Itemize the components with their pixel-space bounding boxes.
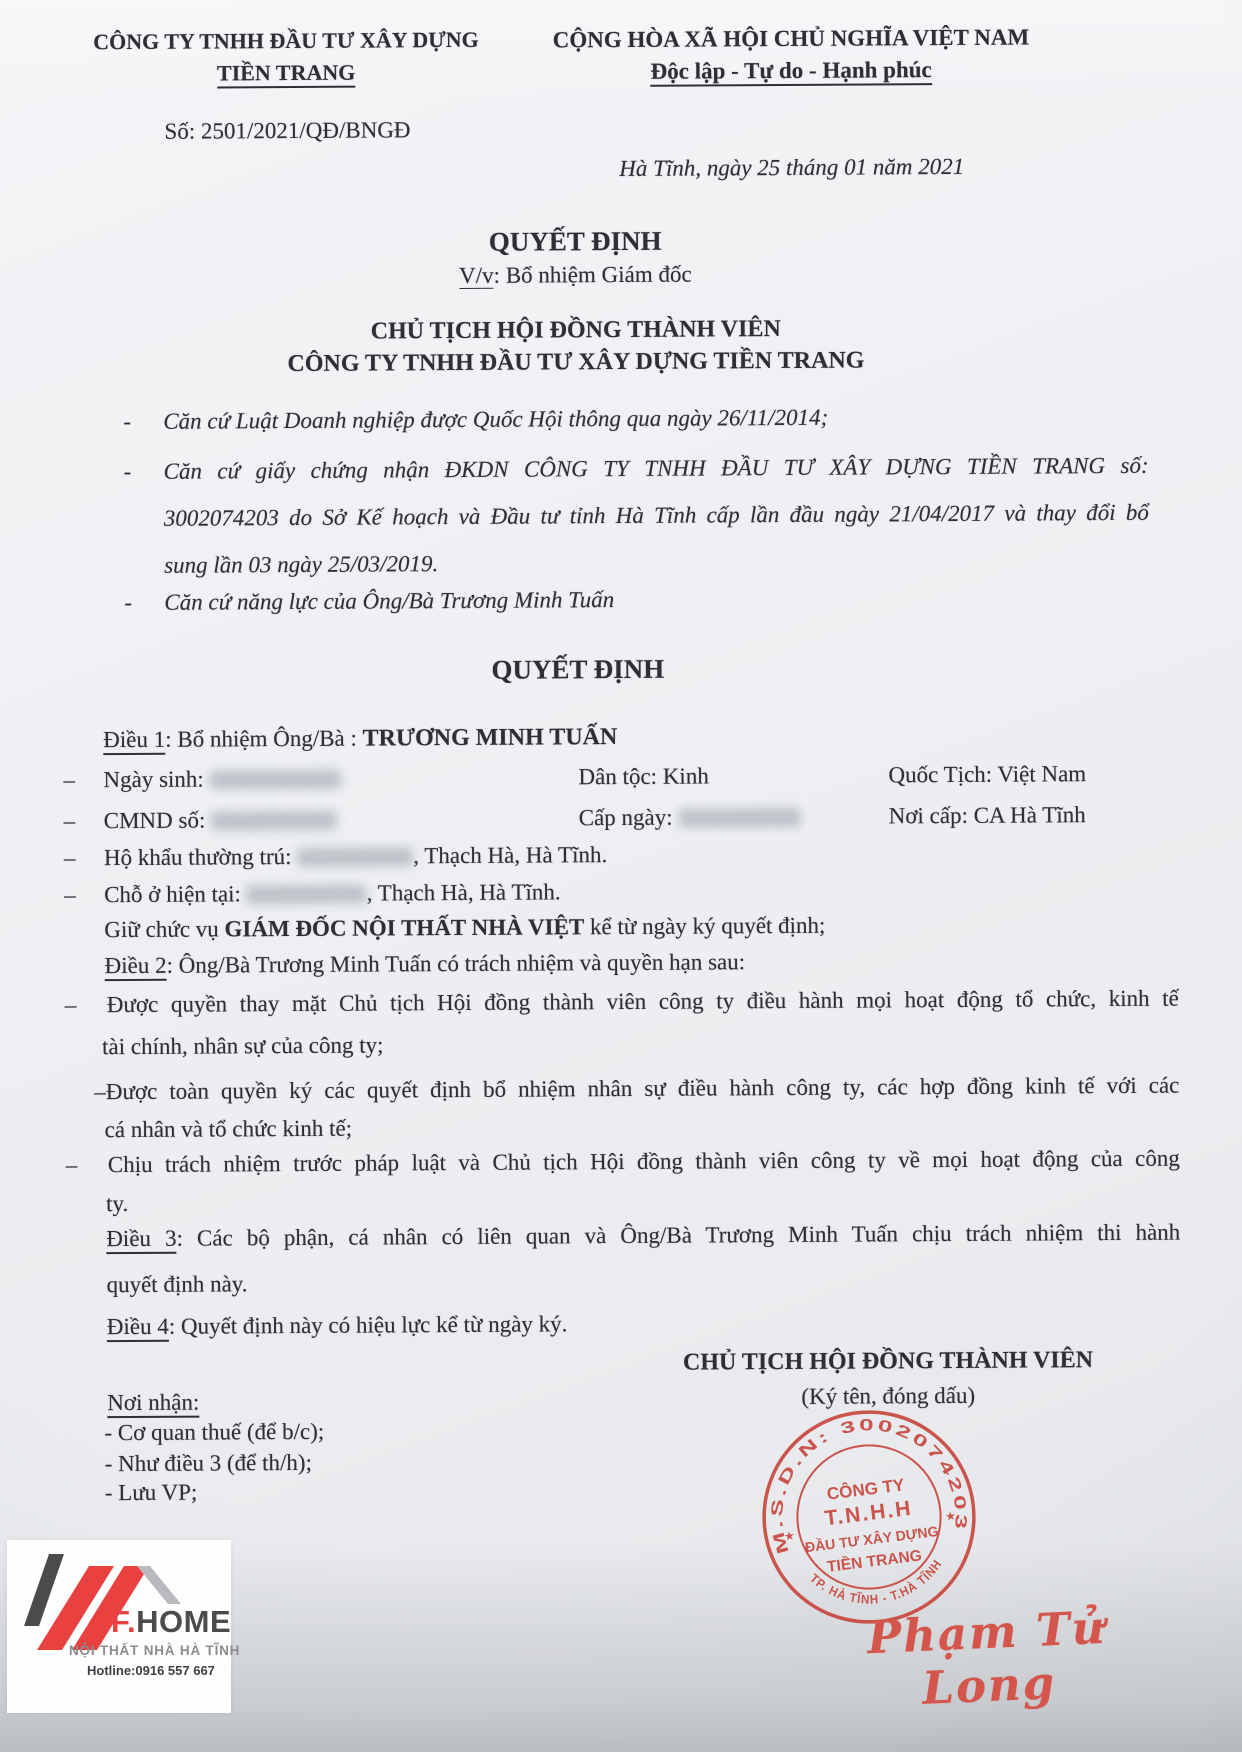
duty-1-line2: tài chính, nhân sự của công ty; bbox=[102, 1031, 384, 1060]
authority-title-line1: CHỦ TỊCH HỘI ĐỒNG THÀNH VIÊN bbox=[26, 313, 1126, 348]
list-dash: - bbox=[124, 458, 132, 485]
residence-label: Hộ khẩu thường trú: bbox=[104, 844, 292, 870]
recipients-heading-text: Nơi nhận: bbox=[107, 1390, 199, 1419]
issue-date-row: Cấp ngày: bbox=[579, 803, 801, 831]
issue-place-value: Nơi cấp: CA Hà Tĩnh bbox=[889, 801, 1086, 829]
residence-row: Hộ khẩu thường trú: , Thạch Hà, Hà Tĩnh. bbox=[104, 841, 607, 871]
issue-date-label: Cấp ngày: bbox=[579, 805, 673, 831]
position-line: Giữ chức vụ GIÁM ĐỐC NỘI THẤT NHÀ VIỆT k… bbox=[104, 912, 825, 944]
national-motto: Độc lập - Tự do - Hạnh phúc bbox=[651, 57, 932, 87]
company-header: CÔNG TY TNHH ĐẦU TƯ XÂY DỰNG TIỀN TRANG bbox=[56, 27, 516, 88]
row-dash: – bbox=[65, 991, 77, 1018]
national-title: CỘNG HÒA XÃ HỘI CHỦ NGHĨA VIỆT NAM bbox=[531, 23, 1051, 53]
article-2-text: : Ông/Bà Trương Minh Tuấn có trách nhiệm… bbox=[166, 949, 745, 978]
article-1-text: : Bổ nhiệm Ông/Bà : bbox=[165, 726, 363, 752]
list-dash: - bbox=[123, 408, 131, 435]
basis-item-1: Căn cứ Luật Doanh nghiệp được Quốc Hội t… bbox=[163, 404, 828, 435]
fhome-brand-text: F.HOME bbox=[111, 1604, 231, 1640]
decision-heading: QUYẾT ĐỊNH bbox=[28, 651, 1128, 690]
national-motto-header: CỘNG HÒA XÃ HỘI CHỦ NGHĨA VIỆT NAM Độc l… bbox=[531, 23, 1051, 85]
star-icon: ★ bbox=[783, 1528, 796, 1543]
star-icon: ★ bbox=[944, 1509, 957, 1524]
document-number: Số: 2501/2021/QĐ/BNGĐ bbox=[164, 116, 410, 145]
duty-3-line1: Chịu trách nhiệm trước pháp luật và Chủ … bbox=[108, 1145, 1180, 1179]
article-1-label: Điều 1 bbox=[103, 727, 165, 755]
recipient-item: - Cơ quan thuế (để b/c); bbox=[104, 1418, 324, 1446]
appointee-name: TRƯƠNG MINH TUẤN bbox=[363, 724, 618, 752]
redacted-dob-value bbox=[209, 770, 341, 790]
company-name-line1: CÔNG TY TNHH ĐẦU TƯ XÂY DỰNG bbox=[56, 27, 516, 56]
row-dash: – bbox=[64, 807, 76, 834]
signature-text: Phạm Tử Long bbox=[841, 1600, 1135, 1719]
document-title: QUYẾT ĐỊNH bbox=[25, 223, 1125, 262]
brand-f: F. bbox=[111, 1604, 136, 1639]
recipients-heading: Nơi nhận: bbox=[107, 1389, 199, 1417]
duty-3-line2: ty. bbox=[106, 1190, 128, 1217]
scanned-document-page: CÔNG TY TNHH ĐẦU TƯ XÂY DỰNG TIỀN TRANG … bbox=[0, 0, 1242, 1752]
article-4-line: Điều 4: Quyết định này có hiệu lực kể từ… bbox=[107, 1310, 568, 1340]
article-2-label: Điều 2 bbox=[105, 953, 167, 981]
article-4-text: : Quyết định này có hiệu lực kể từ ngày … bbox=[169, 1311, 568, 1338]
article-3-line2: quyết định này. bbox=[106, 1270, 247, 1298]
article-3-line1: Điều 3: Các bộ phận, cá nhân có liên qua… bbox=[106, 1219, 1180, 1253]
duty-2-line2: cá nhân và tổ chức kinh tế; bbox=[105, 1115, 353, 1144]
company-name-line2: TIỀN TRANG bbox=[217, 60, 356, 89]
dob-row: Ngày sinh: bbox=[103, 765, 341, 794]
row-dash: – bbox=[64, 881, 76, 908]
redacted-issue-date-value bbox=[678, 808, 800, 828]
position-prefix: Giữ chức vụ bbox=[104, 916, 224, 942]
dob-label: Ngày sinh: bbox=[103, 767, 203, 793]
duty-2-line1: –Được toàn quyền ký các quyết định bổ nh… bbox=[94, 1072, 1179, 1106]
fhome-tagline: NỘI THẤT NHÀ HÀ TĨNH bbox=[69, 1643, 240, 1658]
article-3-label: Điều 3 bbox=[106, 1226, 176, 1254]
recipient-item: - Như điều 3 (để th/h); bbox=[105, 1449, 312, 1477]
position-title: GIÁM ĐỐC NỘI THẤT NHÀ VIỆT bbox=[224, 914, 584, 941]
fhome-hotline: Hotline:0916 557 667 bbox=[87, 1663, 215, 1678]
brand-home: HOME bbox=[136, 1604, 231, 1639]
position-suffix: kể từ ngày ký quyết định; bbox=[584, 913, 825, 939]
article-3-text: : Các bộ phận, cá nhân có liên quan và Ô… bbox=[176, 1220, 1180, 1251]
fhome-logo: F.HOME NỘI THẤT NHÀ HÀ TĨNH Hotline:0916… bbox=[7, 1540, 231, 1713]
article-4-label: Điều 4 bbox=[107, 1314, 169, 1342]
address-rest: , Thạch Hà, Hà Tĩnh. bbox=[367, 879, 561, 905]
redacted-residence-value bbox=[297, 847, 413, 867]
address-row: Chỗ ở hiện tại: , Thạch Hà, Hà Tĩnh. bbox=[104, 878, 561, 908]
id-label: CMND số: bbox=[104, 808, 206, 834]
list-dash: - bbox=[124, 589, 132, 616]
nationality-value: Quốc Tịch: Việt Nam bbox=[888, 760, 1086, 788]
basis-item-3: Căn cứ năng lực của Ông/Bà Trương Minh T… bbox=[164, 586, 614, 616]
document-sheet: CÔNG TY TNHH ĐẦU TƯ XÂY DỰNG TIỀN TRANG … bbox=[0, 0, 1242, 1752]
article-1-line: Điều 1: Bổ nhiệm Ông/Bà : TRƯƠNG MINH TU… bbox=[103, 723, 617, 754]
basis-item-2-line1: Căn cứ giấy chứng nhận ĐKDN CÔNG TY TNHH… bbox=[164, 452, 1149, 485]
row-dash: – bbox=[66, 1151, 78, 1178]
row-dash: – bbox=[64, 844, 76, 871]
ethnic-value: Dân tộc: Kinh bbox=[578, 762, 708, 790]
subtitle-prefix: V/v bbox=[459, 263, 494, 289]
authority-title-line2: CÔNG TY TNHH ĐẦU TƯ XÂY DỰNG TIỀN TRANG bbox=[26, 345, 1126, 380]
id-row: CMND số: bbox=[104, 806, 338, 835]
address-label: Chỗ ở hiện tại: bbox=[104, 881, 241, 907]
date-line: Hà Tĩnh, ngày 25 tháng 01 năm 2021 bbox=[532, 152, 1052, 182]
redacted-address-value bbox=[247, 885, 367, 905]
subtitle-rest: : Bổ nhiệm Giám đốc bbox=[494, 262, 692, 288]
recipient-item: - Lưu VP; bbox=[105, 1479, 198, 1507]
basis-item-2-line3: sung lần 03 ngày 25/03/2019. bbox=[164, 550, 438, 579]
row-dash: – bbox=[63, 766, 75, 793]
document-subtitle: V/v: Bổ nhiệm Giám đốc bbox=[25, 258, 1125, 292]
residence-rest: , Thạch Hà, Hà Tĩnh. bbox=[413, 842, 607, 868]
redacted-id-value bbox=[211, 811, 337, 831]
duty-1-line1: Được quyền thay mặt Chủ tịch Hội đồng th… bbox=[107, 985, 1179, 1019]
basis-item-2-line2: 3002074203 do Sở Kế hoạch và Đầu tư tỉnh… bbox=[164, 499, 1149, 532]
signer-title: CHỦ TỊCH HỘI ĐỒNG THÀNH VIÊN bbox=[638, 1346, 1138, 1377]
article-2-line: Điều 2: Ông/Bà Trương Minh Tuấn có trách… bbox=[105, 948, 746, 979]
